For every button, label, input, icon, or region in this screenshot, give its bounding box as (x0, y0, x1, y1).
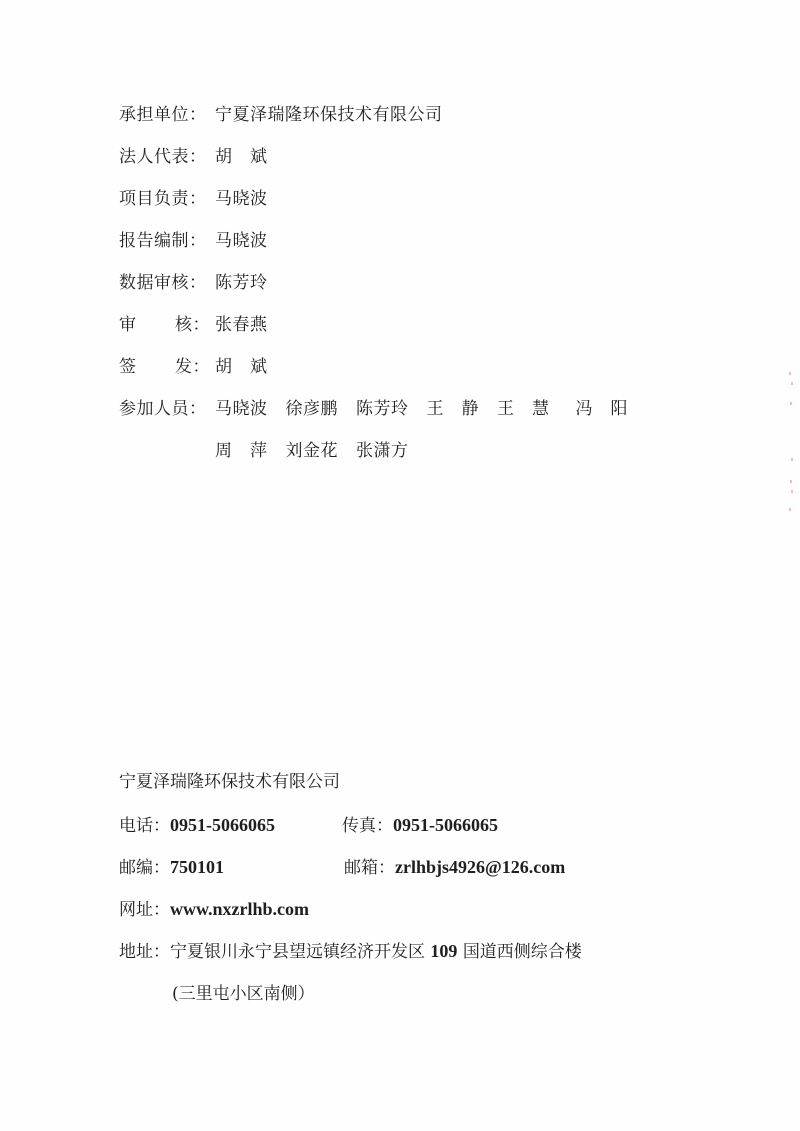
participants-row: 参加人员：马晓波徐彦鹏陈芳玲王 静王 慧冯 阳 (119, 398, 646, 420)
review-row: 审核：张春燕 (119, 314, 268, 336)
participants-label: 参加人员： (119, 398, 215, 420)
participant-name: 王 静 (427, 398, 480, 420)
website-row: 网址：www.nxzrlhb.com (119, 898, 309, 921)
address-part-b: 国道西侧综合楼 (463, 942, 582, 962)
email-label: 邮箱： (344, 858, 395, 878)
undertaking-unit-label: 承担单位： (119, 104, 215, 126)
project-lead-value: 马晓波 (215, 188, 268, 210)
fax-field: 传真：0951-5066065 (342, 814, 498, 837)
phone-fax-row: 电话：0951-5066065 传真：0951-5066065 (119, 814, 719, 837)
phone-label: 电话： (119, 816, 170, 836)
website-value: www.nxzrlhb.com (170, 899, 309, 919)
fax-value: 0951-5066065 (393, 815, 498, 835)
data-review-value: 陈芳玲 (215, 272, 268, 294)
issue-row: 签发：胡 斌 (119, 356, 268, 378)
email-field: 邮箱：zrlhbjs4926@126.com (344, 856, 565, 879)
data-review-label: 数据审核： (119, 272, 215, 294)
website-label: 网址： (119, 900, 170, 920)
postcode-label: 邮编： (119, 858, 170, 878)
participant-name: 刘金花 (286, 440, 339, 462)
postcode-value: 750101 (170, 857, 224, 877)
undertaking-unit-value: 宁夏泽瑞隆环保技术有限公司 (215, 104, 443, 126)
issue-value: 胡 斌 (215, 356, 268, 378)
participant-name: 张潇方 (356, 440, 409, 462)
project-lead-row: 项目负责：马晓波 (119, 188, 268, 210)
data-review-row: 数据审核：陈芳玲 (119, 272, 268, 294)
company-name: 宁夏泽瑞隆环保技术有限公司 (119, 771, 340, 793)
address-part-a: 宁夏银川永宁县望远镇经济开发区 (170, 942, 425, 962)
participant-name: 徐彦鹏 (286, 398, 339, 420)
participant-name: 冯 阳 (576, 398, 629, 420)
review-value: 张春燕 (215, 314, 268, 336)
address-line-2: (三里屯小区南侧） (172, 983, 315, 1005)
undertaking-unit-row: 承担单位：宁夏泽瑞隆环保技术有限公司 (119, 104, 443, 126)
fax-label: 传真： (342, 816, 393, 836)
participant-name: 周 萍 (215, 440, 268, 462)
address-label: 地址： (119, 942, 170, 962)
email-value: zrlhbjs4926@126.com (395, 857, 565, 877)
legal-rep-label: 法人代表： (119, 146, 215, 168)
document-page: 承担单位：宁夏泽瑞隆环保技术有限公司 法人代表：胡 斌 项目负责：马晓波 报告编… (0, 0, 800, 1131)
report-author-row: 报告编制：马晓波 (119, 230, 268, 252)
phone-value: 0951-5066065 (170, 815, 275, 835)
participant-name: 陈芳玲 (356, 398, 409, 420)
project-lead-label: 项目负责： (119, 188, 215, 210)
legal-rep-value: 胡 斌 (215, 146, 268, 168)
participants-row-2: 周 萍刘金花张潇方 (215, 440, 427, 462)
review-label: 审核： (119, 314, 215, 336)
address-number: 109 (430, 941, 457, 961)
report-author-value: 马晓波 (215, 230, 268, 252)
postcode-email-row: 邮编：750101 邮箱：zrlhbjs4926@126.com (119, 856, 719, 879)
legal-rep-row: 法人代表：胡 斌 (119, 146, 268, 168)
issue-label: 签发： (119, 356, 215, 378)
participant-name: 王 慧 (497, 398, 550, 420)
report-author-label: 报告编制： (119, 230, 215, 252)
address-row: 地址：宁夏银川永宁县望远镇经济开发区 109 国道西侧综合楼 (119, 940, 582, 963)
participant-name: 马晓波 (215, 398, 268, 420)
